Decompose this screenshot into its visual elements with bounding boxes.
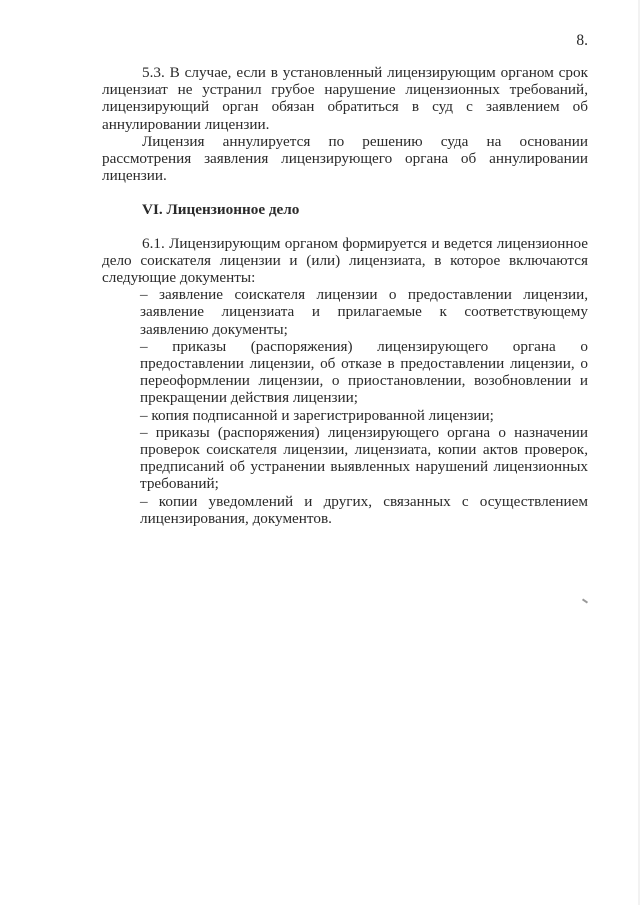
page-number: 8. bbox=[576, 32, 588, 49]
document-page: 8. 5.3. В случае, если в установленный л… bbox=[0, 0, 640, 905]
paragraph-6-1: 6.1. Лицензирующим органом формируется и… bbox=[102, 235, 588, 287]
list-item: – копии уведомлений и других, связанных … bbox=[102, 493, 588, 527]
list-item: – заявление соискателя лицензии о предос… bbox=[102, 286, 588, 338]
paragraph-5-3: 5.3. В случае, если в установленный лице… bbox=[102, 64, 588, 133]
scan-speck bbox=[582, 598, 588, 603]
list-item: – копия подписанной и зарегистрированной… bbox=[102, 407, 588, 424]
list-item: – приказы (распоряжения) лицензирующего … bbox=[102, 424, 588, 493]
page-content: 5.3. В случае, если в установленный лице… bbox=[102, 64, 588, 527]
paragraph-annulment: Лицензия аннулируется по решению суда на… bbox=[102, 133, 588, 185]
list-item: – приказы (распоряжения) лицензирующего … bbox=[102, 338, 588, 407]
section-heading: VI. Лицензионное дело bbox=[102, 201, 588, 218]
